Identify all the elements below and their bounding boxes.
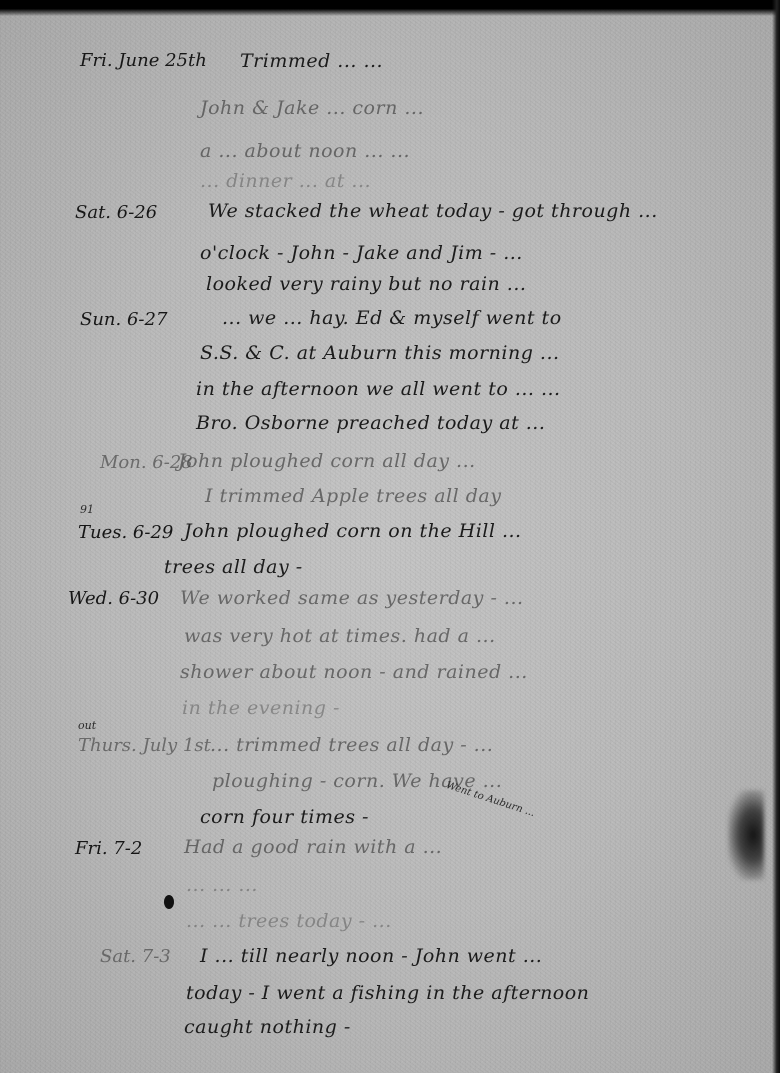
- entry-line: o'clock - John - Jake and Jim - ...: [200, 242, 523, 264]
- entry-line: caught nothing -: [184, 1016, 351, 1038]
- entry-line: corn four times -: [200, 806, 369, 828]
- entry-line: S.S. & C. at Auburn this morning ...: [200, 342, 560, 364]
- entry-date: Tues. 6-29: [78, 522, 173, 543]
- entry-line: ... ... ...: [186, 874, 258, 896]
- entry-line: looked very rainy but no rain ...: [206, 273, 526, 295]
- entry-line: ... we ... hay. Ed & myself went to: [222, 307, 562, 329]
- entry-line: We worked same as yesterday - ...: [180, 587, 524, 609]
- entry-line: John ploughed corn all day ...: [178, 450, 476, 472]
- entry-date: Sun. 6-27: [80, 309, 167, 330]
- entry-line: Trimmed ... ...: [240, 50, 383, 72]
- entry-line: ... dinner ... at ...: [200, 170, 371, 192]
- diary-entries: Fri. June 25th Trimmed ... ... John & Ja…: [0, 0, 780, 1073]
- entry-line: shower about noon - and rained ...: [180, 661, 528, 683]
- entry-line: I ... till nearly noon - John went ...: [200, 945, 542, 967]
- entry-line: John ploughed corn on the Hill ...: [184, 520, 522, 542]
- entry-line: today - I went a fishing in the afternoo…: [186, 982, 589, 1004]
- margin-note: out: [78, 719, 96, 732]
- entry-line: John & Jake ... corn ...: [200, 97, 424, 119]
- entry-line: in the evening -: [182, 697, 340, 719]
- entry-line: was very hot at times. had a ...: [184, 625, 496, 647]
- entry-line: trees all day -: [164, 556, 303, 578]
- entry-date: Fri. 7-2: [75, 838, 142, 859]
- entry-line: We stacked the wheat today - got through…: [208, 200, 658, 222]
- entry-date: Wed. 6-30: [68, 588, 159, 609]
- entry-date: Thurs. July 1st: [78, 735, 211, 756]
- entry-line: ... trimmed trees all day - ...: [210, 734, 493, 756]
- entry-date: Sat. 7-3: [100, 946, 171, 967]
- entry-date: Fri. June 25th: [80, 50, 207, 71]
- diary-page: Fri. June 25th Trimmed ... ... John & Ja…: [0, 0, 780, 1073]
- entry-line: in the afternoon we all went to ... ...: [196, 378, 561, 400]
- entry-line: a ... about noon ... ...: [200, 140, 410, 162]
- entry-line: ... ... trees today - ...: [186, 910, 392, 932]
- margin-note: 91: [80, 503, 94, 516]
- entry-date: Sat. 6-26: [75, 202, 157, 223]
- entry-line: Had a good rain with a ...: [184, 836, 442, 858]
- entry-line: Bro. Osborne preached today at ...: [196, 412, 545, 434]
- entry-line: I trimmed Apple trees all day: [205, 485, 501, 507]
